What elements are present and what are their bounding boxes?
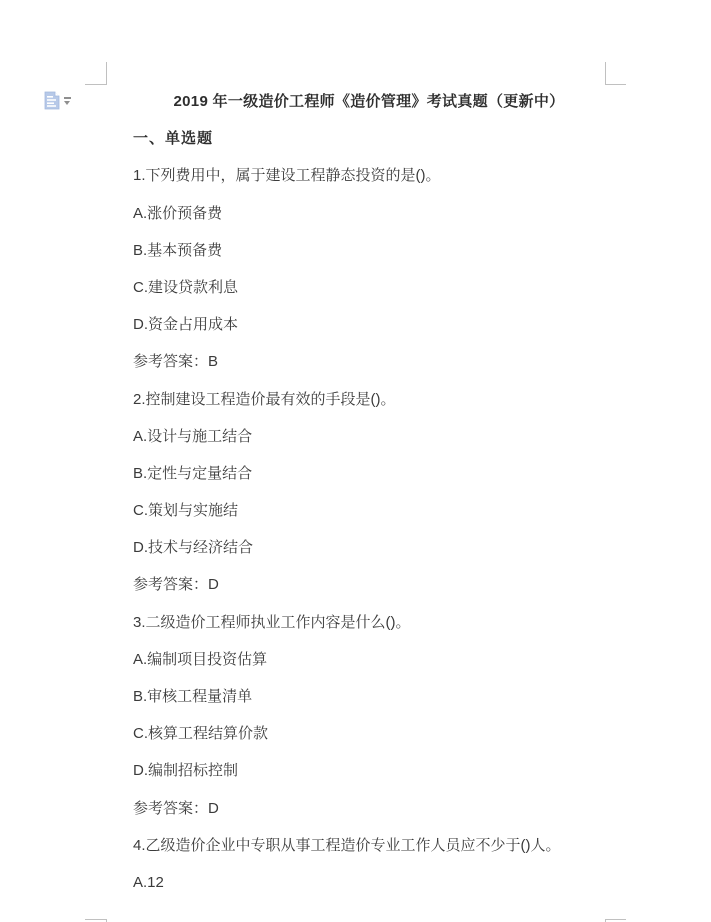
question-stem: 3.二级造价工程师执业工作内容是什么()。 — [133, 604, 605, 641]
question-stem: 1.下列费用中，属于建设工程静态投资的是()。 — [133, 157, 605, 194]
margin-crop-mark-top-left — [85, 84, 107, 85]
chevron-down-icon — [64, 101, 70, 105]
question-stem: 2.控制建设工程造价最有效的手段是()。 — [133, 381, 605, 418]
margin-crop-mark-bottom-right — [605, 919, 626, 920]
answer-line: 参考答案：D — [133, 566, 605, 603]
margin-crop-mark-top-left — [106, 62, 107, 84]
option-line: C.策划与实施结 — [133, 492, 605, 529]
margin-crop-mark-top-right — [605, 62, 606, 84]
paste-document-icon — [44, 91, 61, 110]
option-line: A.涨价预备费 — [133, 195, 605, 232]
option-line: D.编制招标控制 — [133, 752, 605, 789]
option-line: A.12 — [133, 864, 605, 901]
margin-crop-mark-top-right — [605, 84, 626, 85]
document-page: { "page": { "background": "#ffffff", "cr… — [0, 0, 711, 922]
option-line: C.建设贷款利息 — [133, 269, 605, 306]
section-heading: 一、单选题 — [133, 120, 605, 157]
option-line: B.审核工程量清单 — [133, 678, 605, 715]
question-stem: 4.乙级造价企业中专职从事工程造价专业工作人员应不少于()人。 — [133, 827, 605, 864]
option-line: A.编制项目投资估算 — [133, 641, 605, 678]
document-content: 2019 年一级造价工程师《造价管理》考试真题（更新中） 一、单选题 1.下列费… — [133, 83, 605, 901]
margin-crop-mark-bottom-left — [85, 919, 107, 920]
option-line: B.基本预备费 — [133, 232, 605, 269]
option-line: D.技术与经济结合 — [133, 529, 605, 566]
answer-line: 参考答案：B — [133, 343, 605, 380]
option-line: A.设计与施工结合 — [133, 418, 605, 455]
page-title: 2019 年一级造价工程师《造价管理》考试真题（更新中） — [133, 83, 605, 120]
chevron-down-icon — [64, 97, 71, 99]
option-line: B.定性与定量结合 — [133, 455, 605, 492]
option-line: C.核算工程结算价款 — [133, 715, 605, 752]
answer-line: 参考答案：D — [133, 790, 605, 827]
option-line: D.资金占用成本 — [133, 306, 605, 343]
paste-options-button[interactable] — [44, 91, 74, 111]
question-list: 1.下列费用中，属于建设工程静态投资的是()。A.涨价预备费B.基本预备费C.建… — [133, 157, 605, 901]
